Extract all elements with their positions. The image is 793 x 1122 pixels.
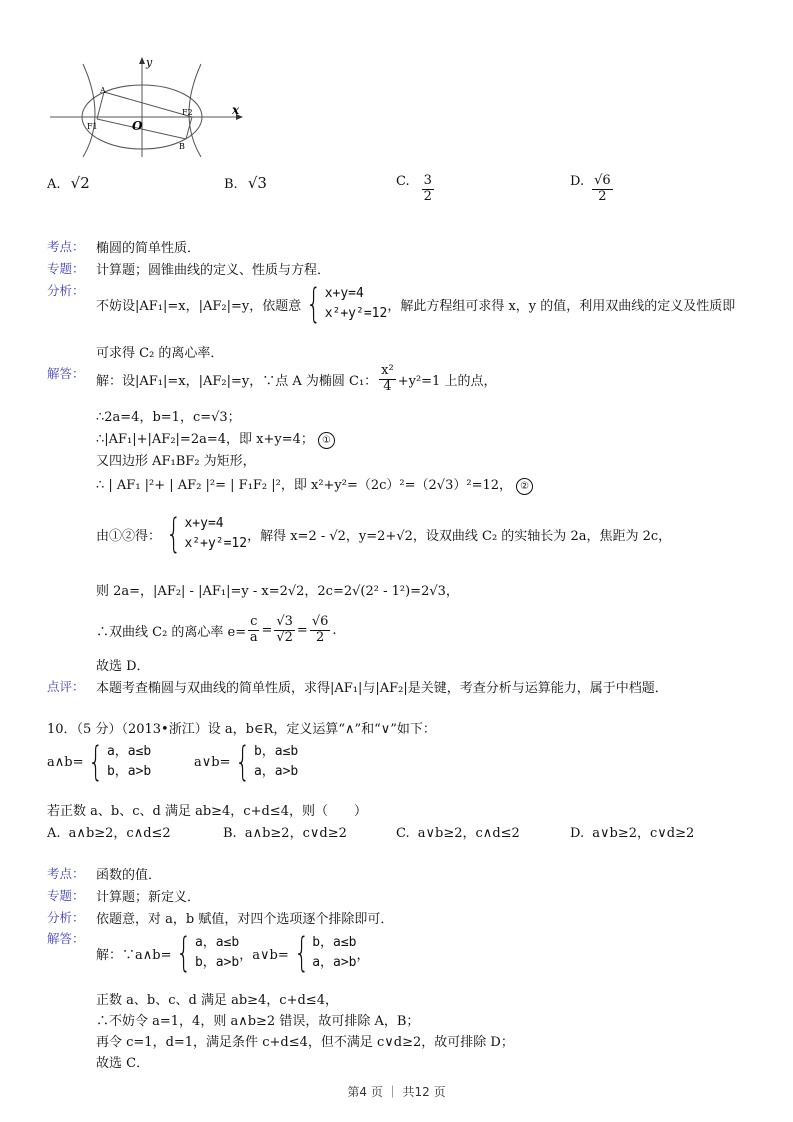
piecewise-row: b，a>b <box>107 762 151 782</box>
piecewise-row: b，a>b <box>195 953 239 973</box>
q10-option-b: B. a∧b≥2，c∨d≥2 <box>223 822 347 841</box>
piecewise-row: b，a≤b <box>312 933 356 953</box>
q10-option-c: C. a∨b≥2，c∧d≤2 <box>396 822 520 841</box>
q10-zhuanti-text: 计算题；新定义． <box>96 886 200 905</box>
brace-icon: { <box>166 514 181 554</box>
fraction-numerator: x² <box>379 364 396 380</box>
piecewise-row: a，a>b <box>254 762 298 782</box>
zhuanti-text: 计算题；圆锥曲线的定义、性质与方程． <box>96 259 330 278</box>
jieda-text: ，a∨b= <box>239 944 288 963</box>
fenxi-text-pre: 不妨设|AF₁|=x，|AF₂|=y，依题意 <box>96 295 301 314</box>
fraction-denominator: √2 <box>276 631 293 646</box>
svg-text:y: y <box>145 56 153 69</box>
fraction: √6 2 <box>310 615 331 646</box>
svg-text:A: A <box>99 86 106 95</box>
jieda-line-4: 又四边形 AF₁BF₂ 为矩形， <box>96 450 256 469</box>
brace-icon: { <box>236 742 251 782</box>
q9-option-b: B. √3 <box>224 174 267 192</box>
option-text: a∨b≥2，c∧d≤2 <box>418 826 520 841</box>
option-text: a∧b≥2，c∧d≤2 <box>69 826 171 841</box>
jieda-text: ，解得 x=2 - √2，y=2+√2，设双曲线 C₂ 的实轴长为 2a，焦距为… <box>247 525 671 544</box>
q10-or-definition: a∨b= { b，a≤b a，a>b <box>194 742 298 782</box>
fraction-numerator: √3 <box>274 615 295 631</box>
kaodian-text: 椭圆的简单性质． <box>96 237 200 256</box>
q10-option-d: D. a∨b≥2，c∨d≥2 <box>570 822 694 841</box>
svg-text:B: B <box>179 142 185 151</box>
piecewise-system: { b，a≤b a，a>b <box>230 742 298 782</box>
brace-icon: { <box>294 933 309 973</box>
option-text: a∨b≥2，c∨d≥2 <box>592 826 694 841</box>
option-value: √3 <box>248 174 267 192</box>
jieda-line-5: ∴ | AF₁ |²+ | AF₂ |²= | F₁F₂ |²，即 x²+y²=… <box>96 474 533 495</box>
option-letter: A. <box>47 177 61 192</box>
option-letter: A. <box>47 826 61 841</box>
q10-jieda-line-1: 解：∵a∧b= { a，a≤b b，a>b ，a∨b= { b，a≤b a，a>… <box>96 933 370 973</box>
equation-row: x+y=4 <box>184 514 247 534</box>
jieda-line-1: 解：设|AF₁|=x，|AF₂|=y，∵点 A 为椭圆 C₁： x² 4 +y²… <box>96 364 496 395</box>
jieda-text: 解：∵a∧b= <box>96 944 171 963</box>
ellipse-fraction: x² 4 <box>379 364 396 395</box>
piecewise-row: a，a≤b <box>107 742 151 762</box>
q10-jieda-line-5: 故选 C． <box>96 1052 149 1071</box>
q10-jieda-line-2: 正数 a、b、c、d 满足 ab≥4，c+d≤4， <box>96 989 338 1008</box>
fenxi-line-1: 不妨设|AF₁|=x，|AF₂|=y，依题意 { x+y=4 x²+y²=12 … <box>96 284 735 324</box>
ellipse-hyperbola-figure: y x O A B F1 F2 <box>45 52 255 157</box>
fraction-denominator: 2 <box>424 190 432 205</box>
q9-option-a: A. √2 <box>47 174 90 192</box>
jieda-text: ∴|AF₁|+|AF₂|=2a=4，即 x+y=4； <box>96 432 314 447</box>
equation-system: { x+y=4 x²+y²=12 <box>301 284 387 324</box>
geometry-diagram: y x O A B F1 F2 <box>45 52 255 157</box>
fraction: √3 √2 <box>274 615 295 646</box>
option-letter: C. <box>396 174 410 189</box>
jieda-line-3: ∴|AF₁|+|AF₂|=2a=4，即 x+y=4； ① <box>96 428 335 449</box>
q9-option-d: D. √6 2 <box>570 174 615 205</box>
piecewise-row: a，a>b <box>312 953 356 973</box>
brace-icon: { <box>177 933 192 973</box>
jieda-line-7: 则 2a=，|AF₂| - |AF₁|=y - x=2√2，2c=2√(2² -… <box>96 580 459 599</box>
svg-text:F1: F1 <box>87 122 98 131</box>
svg-text:F2: F2 <box>182 108 193 117</box>
fenxi-label: 分析： <box>47 281 85 299</box>
fraction: c a <box>248 615 259 646</box>
jieda-text: ∴双曲线 C₂ 的离心率 e= <box>96 621 246 640</box>
q9-option-c: C. 3 2 <box>396 174 436 205</box>
jieda-line-8: ∴双曲线 C₂ 的离心率 e= c a = √3 √2 = √6 2 . <box>96 615 337 646</box>
q10-zhuanti-label: 专题： <box>47 886 85 904</box>
jieda-line-6: 由①②得： { x+y=4 x²+y²=12 ，解得 x=2 - √2，y=2+… <box>96 514 671 554</box>
equation-row: x+y=4 <box>325 284 388 304</box>
jieda-text: ∴ | AF₁ |²+ | AF₂ |²= | F₁F₂ |²，即 x²+y²=… <box>96 478 512 493</box>
q10-jieda-line-3: ∴不妨令 a=1，4，则 a∧b≥2 错误，故可排除 A，B； <box>96 1010 419 1029</box>
jieda-line-9: 故选 D． <box>96 655 150 674</box>
svg-text:O: O <box>132 119 143 133</box>
fraction-denominator: 2 <box>316 631 324 646</box>
page-footer: 第4 页 ｜ 共12 页 <box>0 1083 793 1100</box>
q10-kaodian-text: 函数的值． <box>96 864 161 883</box>
q10-jieda-label: 解答： <box>47 929 85 947</box>
q10-kaodian-label: 考点： <box>47 864 85 882</box>
option-text: a∧b≥2，c∨d≥2 <box>245 826 347 841</box>
piecewise-system: { a，a≤b b，a>b <box>171 933 239 973</box>
q10-fenxi-text: 依题意，对 a，b 赋值，对四个选项逐个排除即可． <box>96 908 393 927</box>
circled-one-marker: ① <box>318 432 335 449</box>
fenxi-text-post: ，解此方程组可求得 x，y 的值，利用双曲线的定义及性质即 <box>387 295 735 314</box>
piecewise-row: b，a≤b <box>254 742 298 762</box>
piecewise-system: { a，a≤b b，a>b <box>83 742 151 782</box>
equation-system: { x+y=4 x²+y²=12 <box>161 514 247 554</box>
option-letter: B. <box>223 826 237 841</box>
option-fraction: 3 2 <box>422 174 434 205</box>
fraction-denominator: 4 <box>383 380 391 395</box>
jieda-text: 由①②得： <box>96 525 161 544</box>
circled-two-marker: ② <box>516 478 533 495</box>
equation-row: x²+y²=12 <box>184 534 247 554</box>
fraction-denominator: 2 <box>598 190 606 205</box>
brace-icon: { <box>89 742 104 782</box>
q10-option-a: A. a∧b≥2，c∧d≤2 <box>47 822 171 841</box>
brace-icon: { <box>306 284 321 324</box>
option-letter: D. <box>570 826 584 841</box>
dianping-label: 点评： <box>47 677 85 695</box>
zhuanti-label: 专题： <box>47 259 85 277</box>
option-fraction: √6 2 <box>592 174 613 205</box>
fraction-numerator: √6 <box>310 615 331 631</box>
q10-condition: 若正数 a、b、c、d 满足 ab≥4，c+d≤4，则（ ） <box>47 800 367 819</box>
jieda-text: +y²=1 上的点， <box>398 370 497 389</box>
and-operator-label: a∧b= <box>47 755 83 770</box>
jieda-text: 解：设|AF₁|=x，|AF₂|=y，∵点 A 为椭圆 C₁： <box>96 370 377 389</box>
piecewise-row: a，a≤b <box>195 933 239 953</box>
svg-text:x: x <box>231 103 240 117</box>
q10-fenxi-label: 分析： <box>47 908 85 926</box>
piecewise-system: { b，a≤b a，a>b <box>289 933 357 973</box>
fenxi-line-2: 可求得 C₂ 的离心率． <box>96 342 223 361</box>
jieda-text: ， <box>357 944 370 963</box>
q10-jieda-line-4: 再令 c=1，d=1，满足条件 c+d≤4，但不满足 c∨d≥2，故可排除 D； <box>96 1031 514 1050</box>
option-letter: B. <box>224 177 238 192</box>
equation-row: x²+y²=12 <box>325 304 388 324</box>
option-value: √2 <box>71 174 90 192</box>
option-letter: D. <box>570 174 584 189</box>
fraction-numerator: √6 <box>592 174 613 190</box>
fraction-numerator: 3 <box>422 174 434 190</box>
q10-and-definition: a∧b= { a，a≤b b，a>b <box>47 742 151 782</box>
option-letter: C. <box>396 826 410 841</box>
jieda-label: 解答： <box>47 364 85 382</box>
dianping-text: 本题考查椭圆与双曲线的简单性质，求得|AF₁|与|AF₂|是关键，考查分析与运算… <box>96 677 668 696</box>
jieda-line-2: ∴2a=4，b=1，c=√3； <box>96 406 241 425</box>
fraction-numerator: c <box>248 615 259 631</box>
kaodian-label: 考点： <box>47 237 85 255</box>
or-operator-label: a∨b= <box>194 755 230 770</box>
q10-stem: 10．（5 分）（2013•浙江）设 a，b∈R，定义运算“∧”和“∨”如下： <box>47 718 436 737</box>
fraction-denominator: a <box>250 631 258 646</box>
